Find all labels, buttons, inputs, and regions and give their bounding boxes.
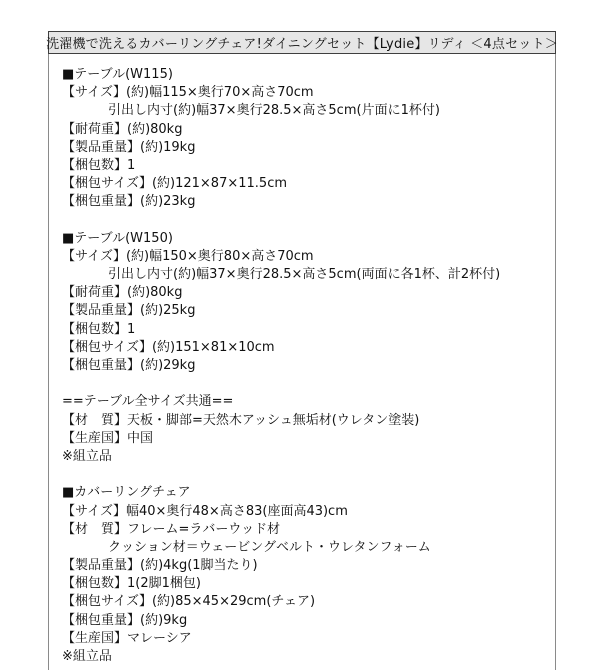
spec-row-weight: 【製品重量】(約)19kg <box>62 139 549 157</box>
spec-row-assembly-note: ※組立品 <box>62 448 549 466</box>
spec-row-package-count: 【梱包数】1 <box>62 157 549 175</box>
spec-row-material-cushion: クッション材＝ウェービングベルト・ウレタンフォーム <box>62 539 549 557</box>
spec-row-drawer: 引出し内寸(約)幅37×奥行28.5×高さ5cm(両面に各1杯、計2杯付) <box>62 266 549 284</box>
section-heading-table-common: ==テーブル全サイズ共通== <box>62 393 549 411</box>
spec-row-material: 【材 質】天板・脚部=天然木アッシュ無垢材(ウレタン塗装) <box>62 412 549 430</box>
section-table-common: ==テーブル全サイズ共通== 【材 質】天板・脚部=天然木アッシュ無垢材(ウレタ… <box>62 393 549 466</box>
spec-row-package-weight: 【梱包重量】(約)9kg <box>62 612 549 630</box>
section-table-w115: ■テーブル(W115) 【サイズ】(約)幅115×奥行70×高さ70cm 引出し… <box>62 66 549 212</box>
spec-row-load: 【耐荷重】(約)80kg <box>62 121 549 139</box>
spec-row-package-weight: 【梱包重量】(約)29kg <box>62 357 549 375</box>
spec-row-weight: 【製品重量】(約)4kg(1脚当たり) <box>62 557 549 575</box>
spec-row-size: 【サイズ】幅40×奥行48×高さ83(座面高43)cm <box>62 503 549 521</box>
spec-row-package-size: 【梱包サイズ】(約)121×87×11.5cm <box>62 175 549 193</box>
section-gap <box>62 466 549 484</box>
spec-row-package-size: 【梱包サイズ】(約)85×45×29cm(チェア) <box>62 593 549 611</box>
spec-row-size: 【サイズ】(約)幅115×奥行70×高さ70cm <box>62 84 549 102</box>
section-table-w150: ■テーブル(W150) 【サイズ】(約)幅150×奥行80×高さ70cm 引出し… <box>62 230 549 376</box>
section-gap <box>62 375 549 393</box>
spec-row-package-count: 【梱包数】1 <box>62 321 549 339</box>
spec-row-load: 【耐荷重】(約)80kg <box>62 284 549 302</box>
section-gap <box>62 212 549 230</box>
spec-row-country: 【生産国】マレーシア <box>62 630 549 648</box>
product-title: 洗濯機で洗えるカバーリングチェア!ダイニングセット【Lydie】リディ ＜4点セ… <box>46 33 558 52</box>
spec-row-material-frame: 【材 質】フレーム=ラバーウッド材 <box>62 521 549 539</box>
spec-row-drawer: 引出し内寸(約)幅37×奥行28.5×高さ5cm(片面に1杯付) <box>62 102 549 120</box>
spec-row-package-count: 【梱包数】1(2脚1梱包) <box>62 575 549 593</box>
section-heading-table-w150: ■テーブル(W150) <box>62 230 549 248</box>
section-heading-chair: ■カバーリングチェア <box>62 484 549 502</box>
product-title-bar: 洗濯機で洗えるカバーリングチェア!ダイニングセット【Lydie】リディ ＜4点セ… <box>48 31 556 54</box>
spec-row-assembly-note: ※組立品 <box>62 648 549 666</box>
spec-body: ■テーブル(W115) 【サイズ】(約)幅115×奥行70×高さ70cm 引出し… <box>48 54 556 670</box>
spec-row-country: 【生産国】中国 <box>62 430 549 448</box>
section-heading-table-w115: ■テーブル(W115) <box>62 66 549 84</box>
section-chair: ■カバーリングチェア 【サイズ】幅40×奥行48×高さ83(座面高43)cm 【… <box>62 484 549 666</box>
spec-row-weight: 【製品重量】(約)25kg <box>62 302 549 320</box>
spec-row-package-weight: 【梱包重量】(約)23kg <box>62 193 549 211</box>
spec-row-package-size: 【梱包サイズ】(約)151×81×10cm <box>62 339 549 357</box>
spec-row-size: 【サイズ】(約)幅150×奥行80×高さ70cm <box>62 248 549 266</box>
